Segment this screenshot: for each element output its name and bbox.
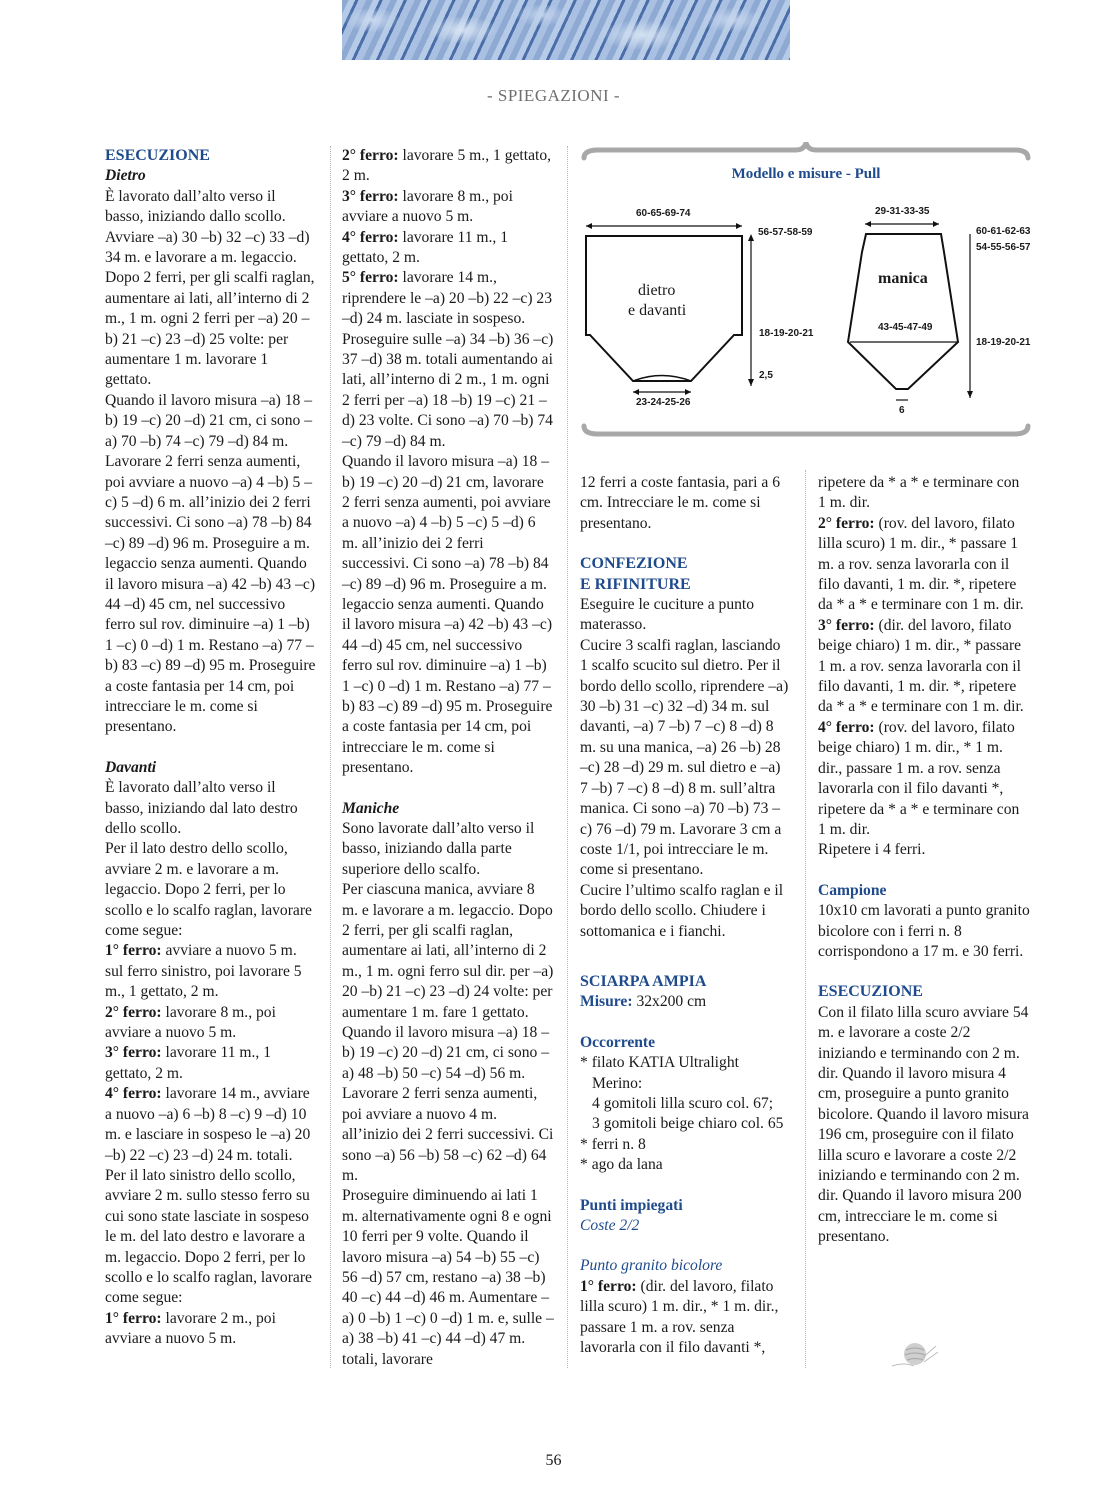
sleeve-label: manica	[878, 270, 928, 288]
heading-sciarpa: SCIARPA AMPIA	[580, 972, 792, 992]
body-top-width: 60-65-69-74	[636, 208, 690, 219]
yarn-banner-image	[342, 0, 790, 60]
list-item: 4 gomitoli lilla scuro col. 67;	[580, 1094, 792, 1114]
row-instruction: 3° ferro: lavorare 8 m., poi avviare a n…	[342, 187, 554, 228]
heading-confezione: CONFEZIONE	[580, 554, 792, 574]
paragraph: Per il lato destro dello scollo, avviare…	[105, 839, 317, 941]
paragraph: Con il filato lilla scuro avviare 54 m. …	[818, 1003, 1030, 1248]
heading-rifiniture: E RIFINITURE	[580, 575, 792, 595]
subheading-maniche: Maniche	[342, 799, 554, 819]
column-divider	[567, 146, 568, 1368]
heading-esecuzione: ESECUZIONE	[105, 146, 317, 166]
column-divider	[330, 146, 331, 1368]
paragraph: È lavorato dall’alto verso il basso, ini…	[105, 778, 317, 839]
row-instruction: 4° ferro: lavorare 14 m., avviare a nuov…	[105, 1084, 317, 1166]
column-3: 12 ferri a coste fantasia, pari a 6 cm. …	[580, 473, 792, 1358]
paragraph: Cucire 3 scalfi raglan, lasciando 1 scal…	[580, 636, 792, 881]
subheading-davanti: Davanti	[105, 758, 317, 778]
paragraph: Cucire l’ultimo scalfo raglan e il bordo…	[580, 881, 792, 942]
stitch-coste: Coste 2/2	[580, 1216, 792, 1236]
row-instruction: 4° ferro: lavorare 11 m., 1 gettato, 2 m…	[342, 228, 554, 269]
paragraph: 12 ferri a coste fantasia, pari a 6 cm. …	[580, 473, 792, 534]
list-item: * filato KATIA Ultralight Merino:	[580, 1053, 792, 1094]
row-instruction: 5° ferro: lavorare 14 m., riprendere le …	[342, 268, 554, 329]
sleeve-raglan-height: 18-19-20-21	[976, 337, 1030, 348]
row-instruction: 2° ferro: lavorare 8 m., poi avviare a n…	[105, 1003, 317, 1044]
row-instruction: 3° ferro: (dir. del lavoro, filato beige…	[818, 616, 1030, 718]
body-total-height: 56-57-58-59	[758, 227, 812, 238]
row-instruction: 3° ferro: lavorare 11 m., 1 gettato, 2 m…	[105, 1043, 317, 1084]
list-item: 3 gomitoli beige chiaro col. 65	[580, 1114, 792, 1134]
sleeve-total-height: 60-61-62-63	[976, 226, 1030, 237]
paragraph: Eseguire le cuciture a punto materasso.	[580, 595, 792, 636]
sleeve-top-width: 29-31-33-35	[875, 206, 929, 217]
paragraph: Per ciascuna manica, avviare 8 m. e lavo…	[342, 880, 554, 1186]
paragraph: 10x10 cm lavorati a punto granito bicolo…	[818, 901, 1030, 962]
yarn-ball-icon	[890, 1340, 940, 1370]
list-item: * ferri n. 8	[580, 1135, 792, 1155]
body-label-1: dietro	[638, 282, 675, 300]
row-instruction: 2° ferro: (rov. del lavoro, filato lilla…	[818, 514, 1030, 616]
column-4: ripetere da * a * e terminare con 1 m. d…	[818, 473, 1030, 1248]
body-bottom-width: 23-24-25-26	[636, 397, 690, 408]
row-instruction: 2° ferro: lavorare 5 m., 1 gettato, 2 m.	[342, 146, 554, 187]
body-raglan-height: 18-19-20-21	[759, 328, 813, 339]
row-instruction: 1° ferro: (dir. del lavoro, filato lilla…	[580, 1277, 792, 1359]
heading-occorrente: Occorrente	[580, 1033, 792, 1053]
body-neck-depth: 2,5	[759, 370, 773, 381]
row-instruction: 1° ferro: lavorare 2 m., poi avviare a n…	[105, 1309, 317, 1350]
list-item: * ago da lana	[580, 1155, 792, 1175]
diagram-title: Modello e misure - Pull	[578, 166, 1034, 183]
sleeve-mid-width: 43-45-47-49	[878, 322, 932, 333]
body-label-2: e davanti	[628, 302, 686, 320]
heading-punti: Punti impiegati	[580, 1196, 792, 1216]
paragraph: Quando il lavoro misura –a) 18 –b) 19 –c…	[342, 452, 554, 779]
heading-campione: Campione	[818, 881, 1030, 901]
paragraph: Proseguire sulle –a) 34 –b) 36 –c) 37 –d…	[342, 330, 554, 452]
subheading-dietro: Dietro	[105, 166, 317, 186]
stitch-granito: Punto granito bicolore	[580, 1256, 792, 1276]
misure-line: Misure: 32x200 cm	[580, 992, 792, 1012]
paragraph: Proseguire diminuendo ai lati 1 m. alter…	[342, 1186, 554, 1370]
section-title: - SPIEGAZIONI -	[0, 86, 1107, 106]
row-instruction: 1° ferro: avviare a nuovo 5 m. sul ferro…	[105, 941, 317, 1002]
column-divider	[805, 470, 806, 1368]
sleeve-length-height: 54-55-56-57	[976, 242, 1030, 253]
paragraph: Sono lavorate dall’alto verso il basso, …	[342, 819, 554, 880]
row-instruction: 4° ferro: (rov. del lavoro, filato beige…	[818, 718, 1030, 840]
paragraph: Per il lato sinistro dello scollo, avvia…	[105, 1166, 317, 1309]
heading-esecuzione-sciarpa: ESECUZIONE	[818, 982, 1030, 1002]
page-number: 56	[0, 1452, 1107, 1470]
paragraph: È lavorato dall’alto verso il basso, ini…	[105, 187, 317, 228]
column-2: 2° ferro: lavorare 5 m., 1 gettato, 2 m.…	[342, 146, 554, 1370]
paragraph: Avviare –a) 30 –b) 32 –c) 33 –d) 34 m. e…	[105, 228, 317, 391]
sleeve-bottom-width: 6	[899, 405, 905, 416]
measurements-diagram: Modello e misure - Pull 60-65-69-74 56-5…	[578, 142, 1034, 442]
paragraph: Ripetere i 4 ferri.	[818, 840, 1030, 860]
paragraph: ripetere da * a * e terminare con 1 m. d…	[818, 473, 1030, 514]
column-1: ESECUZIONE Dietro È lavorato dall’alto v…	[105, 146, 317, 1350]
paragraph: Quando il lavoro misura –a) 18 –b) 19 –c…	[105, 391, 317, 738]
